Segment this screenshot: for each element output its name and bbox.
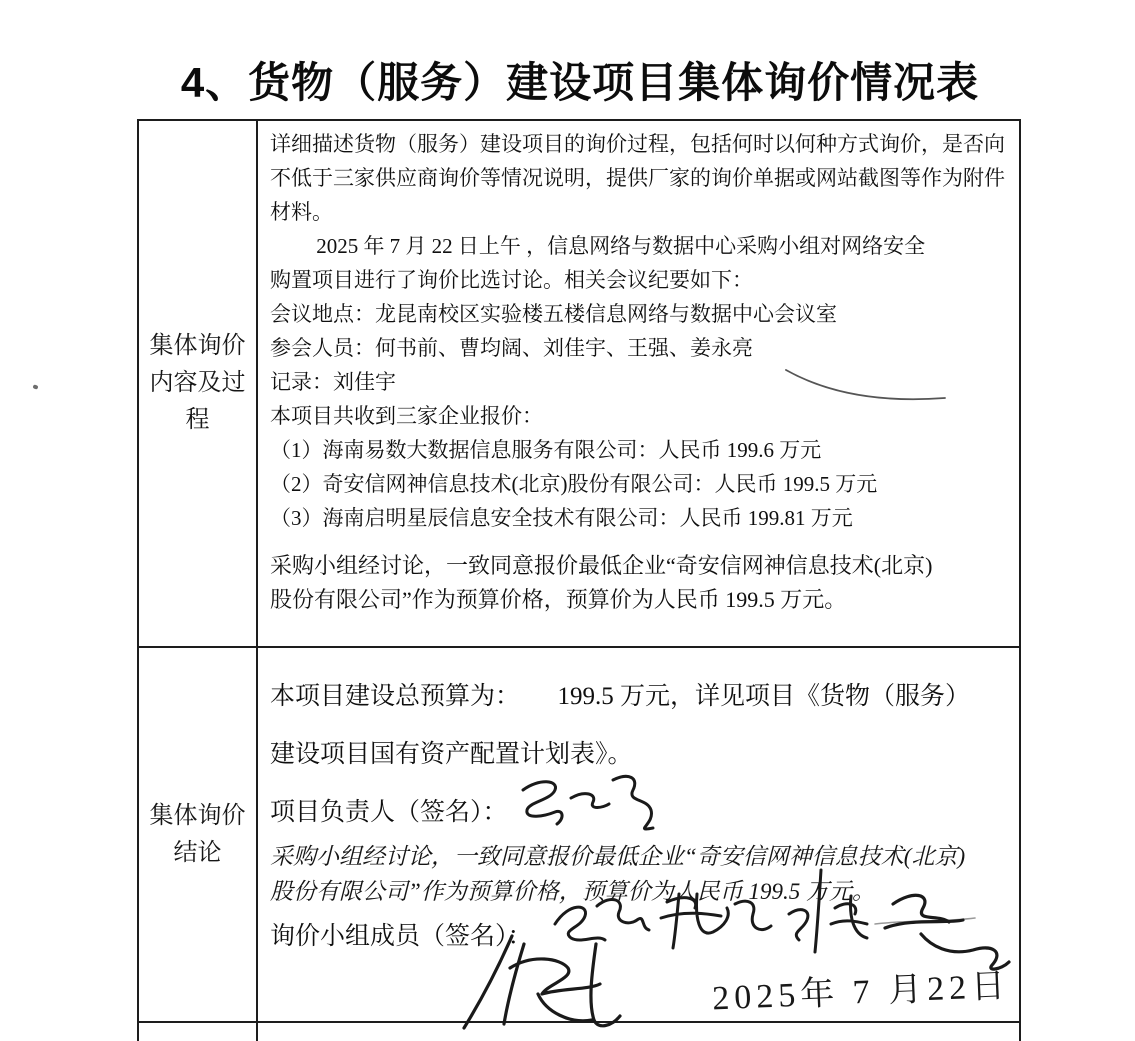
meeting-intro-text: 2025 年 7 月 22 日上午 ，信息网络与数据中心采购小组对网络安全 购置… <box>270 229 1009 297</box>
inquiry-table: 集体询价内容及过程 详细描述货物（服务）建设项目的询价过程，包括何时以何种方式询… <box>137 119 1021 1041</box>
row-label-inquiry-process: 集体询价内容及过程 <box>139 121 258 646</box>
quotes-intro-text: 本项目共收到三家企业报价： <box>270 399 1009 433</box>
quote-item-3: （3）海南启明星辰信息安全技术有限公司：人民币 199.81 万元 <box>270 501 1009 535</box>
table-row-next-partial <box>139 1023 1019 1041</box>
row-label-inquiry-conclusion: 集体询价结论 <box>139 648 258 1021</box>
row-label-next-empty <box>139 1023 258 1041</box>
scanned-document-page: { "page_title": "4、货物（服务）建设项目集体询价情况表", "… <box>0 0 1135 1041</box>
cell-next-empty <box>258 1023 1019 1041</box>
quote-item-2: （2）奇安信网神信息技术(北京)股份有限公司：人民币 199.5 万元 <box>270 467 1009 501</box>
page-title: 4、货物（服务）建设项目集体询价情况表 <box>140 50 1020 110</box>
process-conclusion-text: 采购小组经讨论，一致同意报价最低企业“奇安信网神信息技术(北京) 股份有限公司”… <box>270 549 1009 617</box>
members-signature-label: 询价小组成员（签名）： <box>270 916 1009 952</box>
cell-inquiry-process-content: 详细描述货物（服务）建设项目的询价过程，包括何时以何种方式询价，是否向 不低于三… <box>258 121 1019 646</box>
budget-text: 本项目建设总预算为： 199.5 万元，详见项目《货物（服务） 建设项目国有资产… <box>270 668 1009 784</box>
quote-item-1: （1）海南易数大数据信息服务有限公司：人民币 199.6 万元 <box>270 433 1009 467</box>
attendees-text: 参会人员：何书前、曹均阔、刘佳宇、王强、姜永亮 <box>270 331 1009 365</box>
table-row-inquiry-process: 集体询价内容及过程 详细描述货物（服务）建设项目的询价过程，包括何时以何种方式询… <box>139 121 1019 648</box>
recorder-text: 记录：刘佳宇 <box>270 365 1009 399</box>
conclusion-italic-text: 采购小组经讨论，一致同意报价最低企业“奇安信网神信息技术(北京) 股份有限公司”… <box>270 839 1009 909</box>
instruction-text: 详细描述货物（服务）建设项目的询价过程，包括何时以何种方式询价，是否向 不低于三… <box>270 127 1009 229</box>
scan-speck <box>32 384 38 390</box>
leader-signature-label: 项目负责人（签名）： <box>270 792 1009 828</box>
meeting-place-text: 会议地点：龙昆南校区实验楼五楼信息网络与数据中心会议室 <box>270 297 1009 331</box>
